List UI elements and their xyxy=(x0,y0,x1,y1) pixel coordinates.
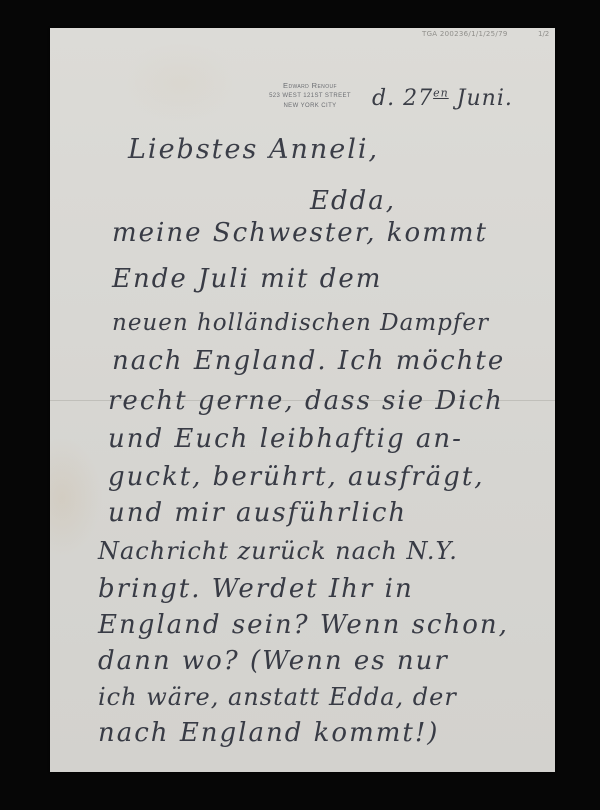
letter-body: Edda, meine Schwester, kommt Ende Juli m… xyxy=(50,28,555,772)
letter-page: TGA 200236/1/1/25/79 1/2 Edward Renouf 5… xyxy=(50,28,555,772)
body-line: Nachricht zurück nach N.Y. xyxy=(98,536,458,566)
body-line: und mir ausführlich xyxy=(108,498,407,528)
body-line: nach England kommt!) xyxy=(98,718,439,748)
body-line: Ende Juli mit dem xyxy=(112,264,382,294)
body-line: ich wäre, anstatt Edda, der xyxy=(98,682,457,712)
body-line: guckt, berührt, ausfrägt, xyxy=(108,462,485,492)
body-line: recht gerne, dass sie Dich xyxy=(108,386,504,416)
body-line: neuen holländischen Dampfer xyxy=(112,308,489,338)
body-line: nach England. Ich möchte xyxy=(112,346,505,376)
body-line: dann wo? (Wenn es nur xyxy=(98,646,449,676)
body-line: England sein? Wenn schon, xyxy=(98,610,509,640)
body-line: bringt. Werdet Ihr in xyxy=(98,574,414,604)
body-line: meine Schwester, kommt xyxy=(112,218,488,248)
body-line: Edda, xyxy=(310,186,396,216)
body-line: und Euch leibhaftig an- xyxy=(108,424,463,454)
